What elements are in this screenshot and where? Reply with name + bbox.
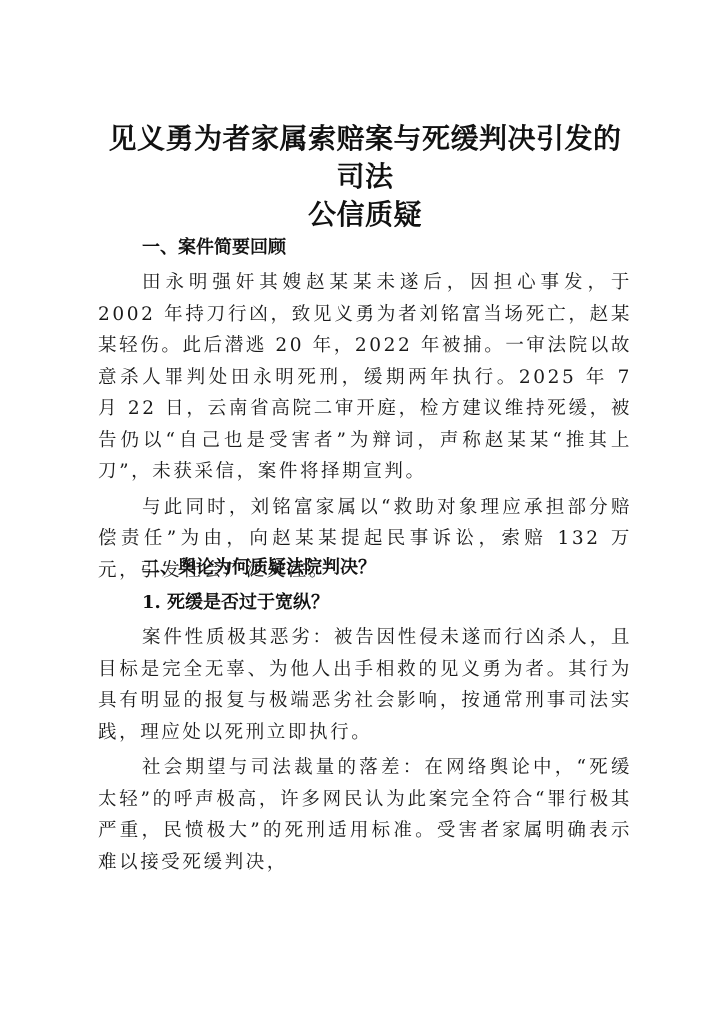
paragraph: 案件性质极其恶劣：被告因性侵未遂而行凶杀人，且目标是完全无辜、为他人出手相救的见… [98,622,632,748]
section-2: 二、舆论为何质疑法院判决？ 1. 死缓是否过于宽纵？ 案件性质极其恶劣：被告因性… [98,552,632,878]
paragraph: 社会期望与司法裁量的落差：在网络舆论中，“死缓太轻”的呼声极高，许多网民认为此案… [98,752,632,878]
paragraph: 田永明强奸其嫂赵某某未遂后，因担心事发，于 2002 年持刀行凶，致见义勇为者刘… [98,267,632,488]
document-title: 见义勇为者家属索赔案与死缓判决引发的司法 公信质疑 [98,120,632,234]
section-heading: 一、案件简要回顾 [98,232,632,263]
section-1: 一、案件简要回顾 田永明强奸其嫂赵某某未遂后，因担心事发，于 2002 年持刀行… [98,232,632,586]
document-page: 见义勇为者家属索赔案与死缓判决引发的司法 公信质疑 一、案件简要回顾 田永明强奸… [98,120,632,234]
title-line-1: 见义勇为者家属索赔案与死缓判决引发的司法 [108,122,621,193]
section-heading: 二、舆论为何质疑法院判决？ [98,552,632,583]
subsection-heading: 1. 死缓是否过于宽纵？ [98,587,632,618]
title-line-2: 公信质疑 [308,198,422,231]
